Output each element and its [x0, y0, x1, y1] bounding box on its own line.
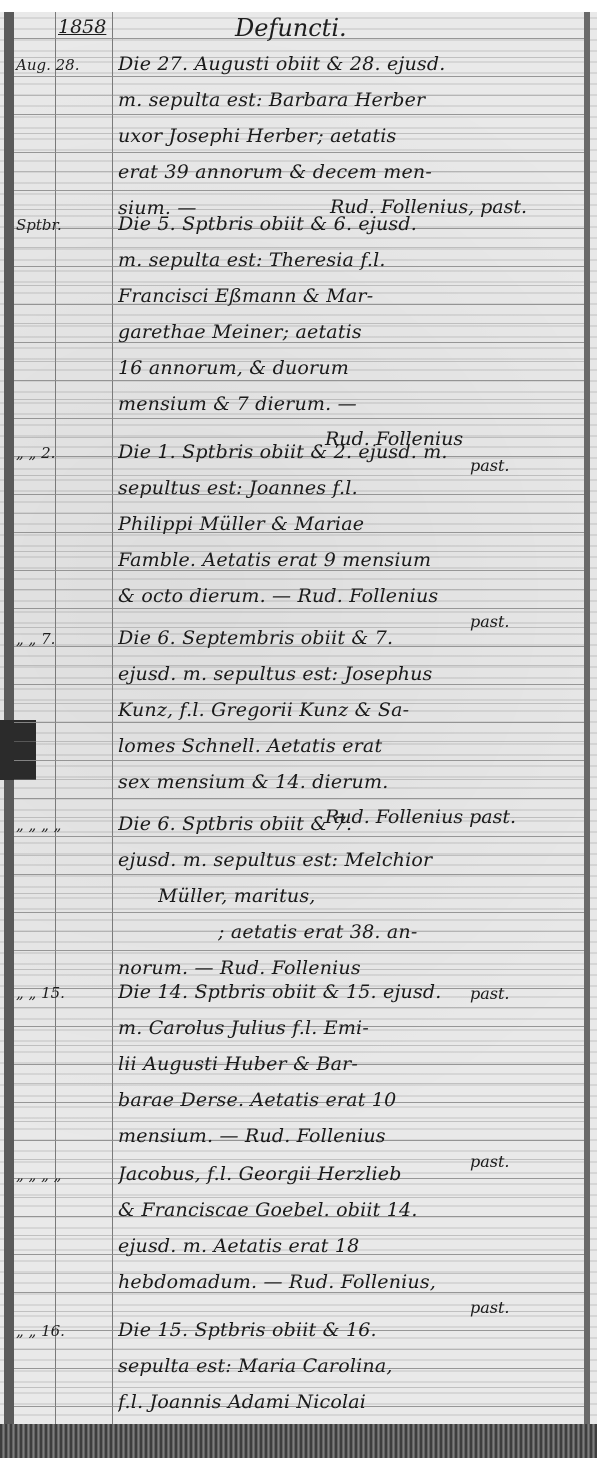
- entry-text-line: Die 6. Septembris obiit & 7.: [118, 626, 580, 650]
- ruled-line: [14, 1007, 584, 1008]
- register-year: 1858: [58, 16, 106, 38]
- entry-text-line: Die 15. Sptbris obiit & 16.: [118, 1318, 580, 1342]
- ruled-line: [14, 1349, 584, 1350]
- entry-text-line: Famble. Aetatis erat 9 mensium: [118, 548, 580, 572]
- entry-text-line: lii Augusti Huber & Bar-: [118, 1052, 580, 1076]
- entry-text-line: barae Derse. Aetatis erat 10: [118, 1088, 580, 1112]
- entry-text-line: erat 39 annorum & decem men-: [118, 160, 580, 184]
- register-title: Defuncti.: [235, 14, 347, 42]
- entry-text-line: 16 annorum, & duorum: [118, 356, 580, 380]
- ruled-line: [14, 76, 584, 77]
- ruled-line: [14, 950, 584, 951]
- pastor-abbreviation: past.: [470, 1298, 510, 1317]
- entry-text-line: & octo dierum. — Rud. Follenius: [118, 584, 580, 608]
- entry-text-line: f.l. Joannis Adami Nicolai: [118, 1390, 580, 1414]
- ruled-line: [14, 1121, 584, 1122]
- entry-text-line: m. sepulta est: Barbara Herber: [118, 88, 580, 112]
- entry-text-line: mensium & 7 dierum. —: [118, 392, 580, 416]
- ruled-line: [14, 380, 584, 381]
- ruled-line: [14, 912, 584, 913]
- entry-text-line: Müller, maritus,: [158, 884, 597, 908]
- page-bottom-edge: [0, 1424, 597, 1458]
- ruled-line: [14, 418, 584, 419]
- ruled-line: [14, 760, 584, 761]
- ruled-line: [14, 722, 584, 723]
- entry-text-line: uxor Josephi Herber; aetatis: [118, 124, 580, 148]
- entry-margin-date: „ „ „ „: [16, 1166, 112, 1184]
- entry-text-line: mensium. — Rud. Follenius: [118, 1124, 580, 1148]
- entry-text-line: Die 1. Sptbris obiit & 2. ejusd. m.: [118, 440, 580, 464]
- entry-text-line: Kunz, f.l. Gregorii Kunz & Sa-: [118, 698, 580, 722]
- entry-text-line: sepulta est: Maria Carolina,: [118, 1354, 580, 1378]
- entry-text-line: sepultus est: Joannes f.l.: [118, 476, 580, 500]
- ruled-line: [14, 608, 584, 609]
- entry-text-line: m. sepulta est: Theresia f.l.: [118, 248, 580, 272]
- entry-text-line: sex mensium & 14. dierum.: [118, 770, 580, 794]
- page-right-border: [584, 12, 590, 1458]
- entry-text-line: Jacobus, f.l. Georgii Herzlieb: [118, 1162, 580, 1186]
- binding-tab: [0, 720, 36, 780]
- entry-text-line: Philippi Müller & Mariae: [118, 512, 580, 536]
- entry-text-line: hebdomadum. — Rud. Follenius,: [118, 1270, 580, 1294]
- ruled-line: [14, 1387, 584, 1388]
- ruled-line: [14, 437, 584, 438]
- entry-text-line: Die 6. Sptbris obiit & 7.: [118, 812, 580, 836]
- entry-text-line: ; aetatis erat 38. an-: [218, 920, 597, 944]
- ruled-line: [14, 874, 584, 875]
- entry-text-line: norum. — Rud. Follenius: [118, 956, 580, 980]
- entry-text-line: Die 5. Sptbris obiit & 6. ejusd.: [118, 212, 580, 236]
- entry-margin-date: „ „ 2.: [16, 444, 112, 462]
- entry-text-line: Francisci Eßmann & Mar-: [118, 284, 580, 308]
- entry-text-line: ejusd. m. Aetatis erat 18: [118, 1234, 580, 1258]
- ruled-line: [14, 190, 584, 191]
- entry-margin-date: „ „ „ „: [16, 816, 112, 834]
- entry-margin-date: Aug. 28.: [16, 56, 112, 74]
- ruled-line: [14, 1045, 584, 1046]
- ruled-line: [14, 1083, 584, 1084]
- ruled-line: [14, 152, 584, 153]
- entry-text-line: & Franciscae Goebel. obiit 14.: [118, 1198, 580, 1222]
- entry-margin-date: „ „ 7.: [16, 630, 112, 648]
- entry-margin-date: Sptbr.: [16, 216, 112, 234]
- register-page: 1858 Defuncti. Aug. 28.Die 27. Augusti o…: [0, 12, 597, 1458]
- entry-text-line: ejusd. m. sepultus est: Josephus: [118, 662, 580, 686]
- entry-margin-date: „ „ 16.: [16, 1322, 112, 1340]
- entry-text-line: garethae Meiner; aetatis: [118, 320, 580, 344]
- ruled-line: [14, 798, 584, 799]
- entry-text-line: ejusd. m. sepultus est: Melchior: [118, 848, 580, 872]
- entry-margin-date: „ „ 15.: [16, 984, 112, 1002]
- entry-text-line: Die 14. Sptbris obiit & 15. ejusd.: [118, 980, 580, 1004]
- ruled-line: [14, 836, 584, 837]
- entry-text-line: Die 27. Augusti obiit & 28. ejusd.: [118, 52, 580, 76]
- ruled-line: [14, 114, 584, 115]
- entry-text-line: m. Carolus Julius f.l. Emi-: [118, 1016, 580, 1040]
- entry-text-line: lomes Schnell. Aetatis erat: [118, 734, 580, 758]
